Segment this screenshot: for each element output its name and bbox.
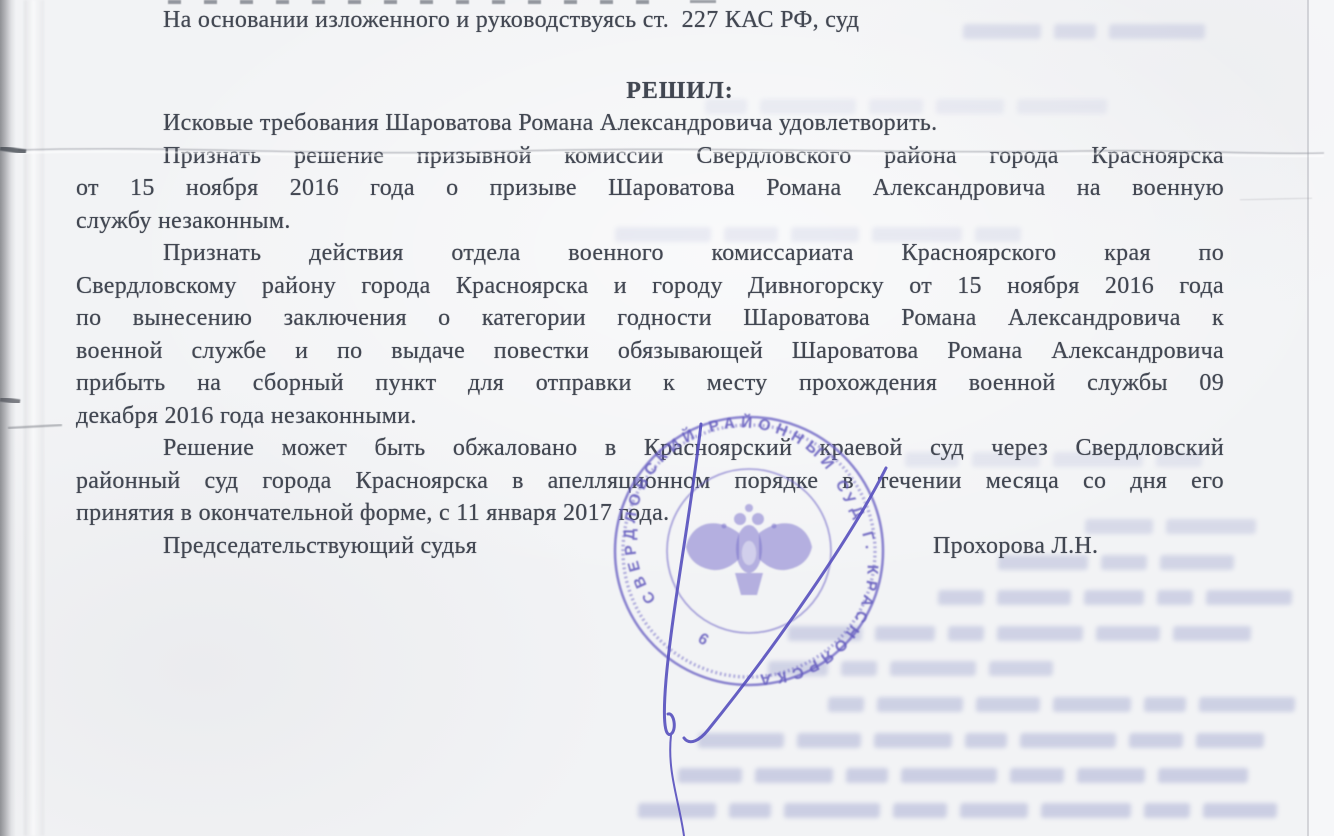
decision-line: Исковые требования Шароватова Романа Але… bbox=[76, 107, 1224, 140]
page-fold-band bbox=[1309, 0, 1334, 836]
intro-line: На основании изложенного и руководствуяс… bbox=[76, 4, 1224, 37]
decision-line: службу незаконным. bbox=[76, 205, 1224, 238]
judge-row: Председательствующий судья Прохорова Л.Н… bbox=[76, 530, 1224, 563]
decision-line: Признать действия отдела военного комисс… bbox=[76, 237, 1224, 270]
bleedthrough-line bbox=[678, 768, 1309, 783]
decision-line: Признать решение призывной комиссии Свер… bbox=[76, 140, 1224, 173]
decision-line: прибыть на сборный пункт для отправки к … bbox=[76, 367, 1224, 400]
judge-name: Прохорова Л.Н. bbox=[933, 530, 1098, 563]
judge-title: Председательствующий судья bbox=[76, 530, 477, 563]
bleedthrough-line bbox=[828, 697, 1309, 712]
bleedthrough-line bbox=[788, 626, 1311, 641]
bleedthrough-line bbox=[698, 733, 1309, 748]
decision-line: Свердловскому району города Красноярска … bbox=[76, 270, 1224, 303]
court-decision-text: На основании изложенного и руководствуяс… bbox=[76, 4, 1224, 562]
bleedthrough-line bbox=[938, 590, 1311, 605]
decision-line: по вынесению заключения о категории годн… bbox=[76, 302, 1224, 335]
bleedthrough-line bbox=[768, 661, 1147, 676]
decision-heading: РЕШИЛ: bbox=[76, 75, 1224, 108]
decision-line: декабря 2016 года незаконными. bbox=[76, 400, 1224, 433]
vertical-crease bbox=[24, 0, 44, 836]
decision-line: военной службе и по выдаче повестки обяз… bbox=[76, 335, 1224, 368]
spacer bbox=[76, 37, 1224, 75]
decision-line: принятия в окончательной форме, с 11 янв… bbox=[76, 497, 1224, 530]
scanner-edge bbox=[0, 0, 16, 836]
cutoff-text-line bbox=[690, 0, 716, 3]
decision-line: районный суд города Красноярска в апелля… bbox=[76, 465, 1224, 498]
decision-line: от 15 ноября 2016 года о призыве Шароват… bbox=[76, 172, 1224, 205]
bleedthrough-line bbox=[638, 803, 1309, 818]
decision-line: Решение может быть обжаловано в Краснояр… bbox=[76, 432, 1224, 465]
